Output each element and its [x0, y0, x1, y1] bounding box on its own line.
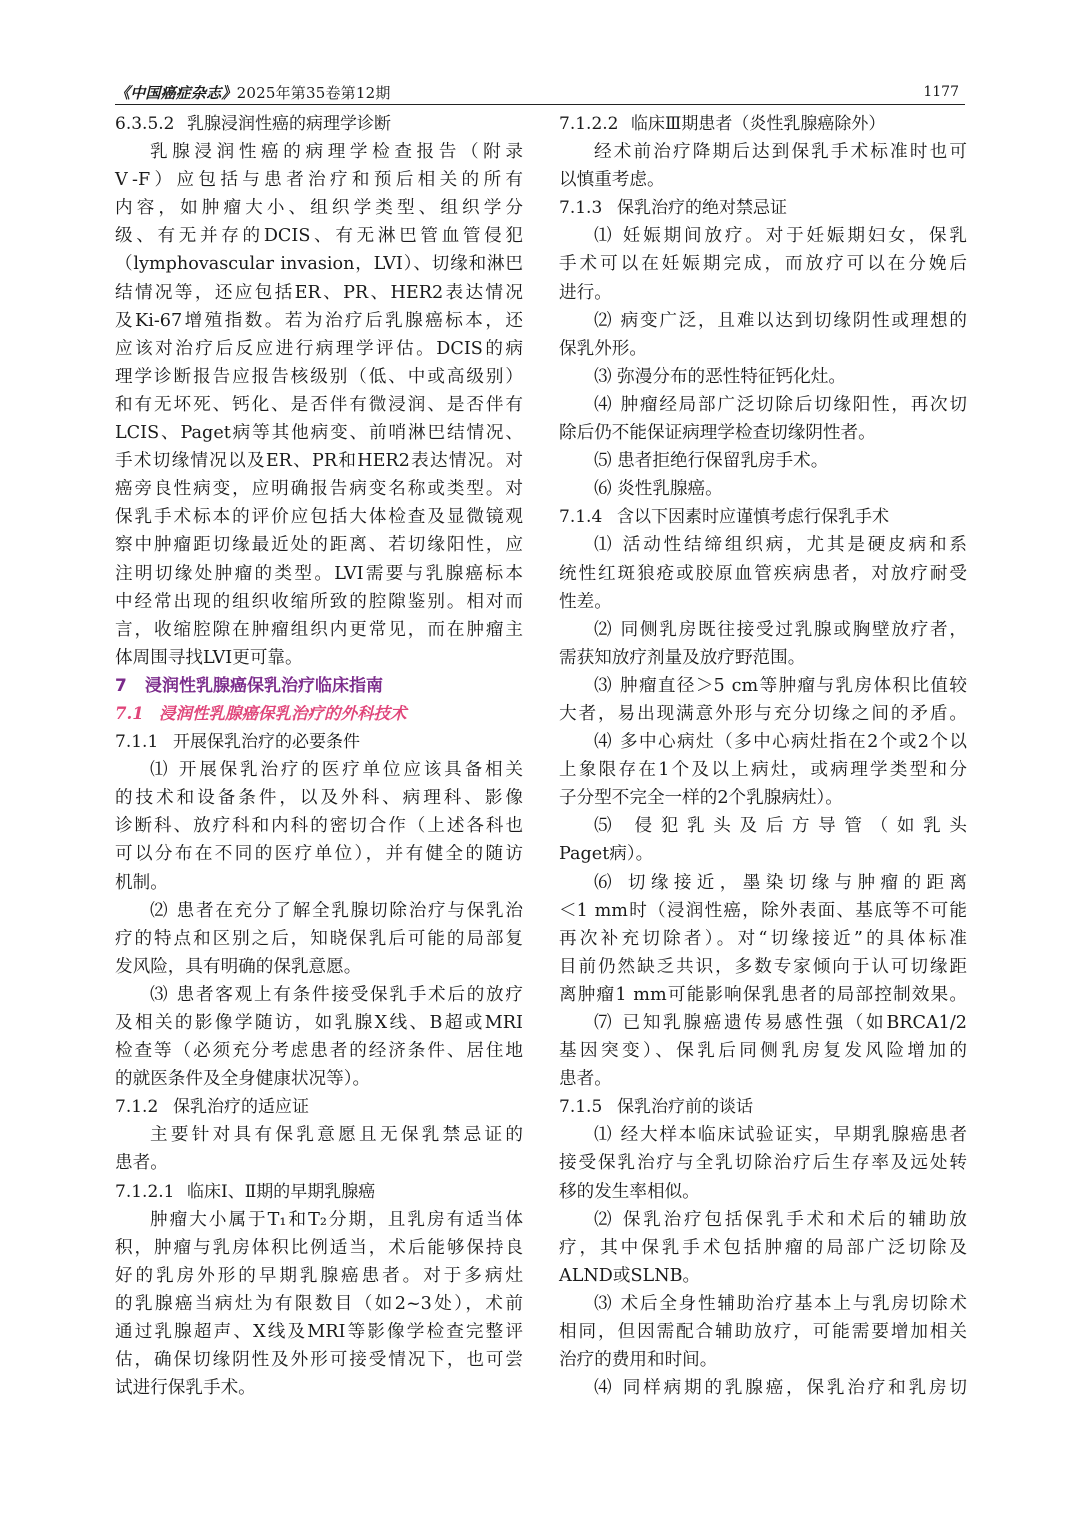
paragraph-line: ⑸ 侵犯乳头及后方导管（如乳头: [559, 812, 967, 840]
paragraph-line: 言，收缩腔隙在肿瘤组织内更常见，而在肿瘤主: [115, 616, 523, 644]
paragraph-line: ⑶ 肿瘤直径＞5 cm等肿瘤与乳房体积比值较: [559, 672, 967, 700]
paragraph-line: 治疗的费用和时间。: [559, 1346, 967, 1374]
section-heading: 6.3.5.2乳腺浸润性癌的病理学诊断: [115, 110, 523, 138]
paragraph-line: 性差。: [559, 588, 967, 616]
paragraph-line: 以慎重考虑。: [559, 166, 967, 194]
section-heading: 7.1.2.2临床Ⅲ期患者（炎性乳腺癌除外）: [559, 110, 967, 138]
paragraph-line: ⑴ 经大样本临床试验证实，早期乳腺癌患者: [559, 1121, 967, 1149]
paragraph-line: 发风险，具有明确的保乳意愿。: [115, 953, 523, 981]
paragraph-line: ⑴ 活动性结缔组织病，尤其是硬皮病和系: [559, 531, 967, 559]
paragraph-line: （lymphovascular invasion，LVI）、切缘和淋巴: [115, 250, 523, 278]
section-number: 7.1.4: [559, 503, 617, 531]
section-number: 7: [115, 672, 145, 700]
section-number: 7.1.5: [559, 1093, 617, 1121]
section-heading: 7.1.4含以下因素时应谨慎考虑行保乳手术: [559, 503, 967, 531]
paragraph-line: 主要针对具有保乳意愿且无保乳禁忌证的: [115, 1121, 523, 1149]
paragraph-line: 结情况等，还应包括ER、PR、HER2表达情况: [115, 279, 523, 307]
section-title: 保乳治疗前的谈话: [617, 1097, 753, 1117]
paragraph-line: 乳腺浸润性癌的病理学检查报告（附录: [115, 138, 523, 166]
paragraph-line: 体周围寻找LVI更可靠。: [115, 644, 523, 672]
section-heading: 7.1.2保乳治疗的适应证: [115, 1093, 523, 1121]
paragraph-line: 进行。: [559, 279, 967, 307]
paragraph-line: 积，肿瘤与乳房体积比例适当，术后能够保持良: [115, 1234, 523, 1262]
page-number: 1177: [923, 84, 959, 100]
paragraph-line: Ⅴ-F）应包括与患者治疗和预后相关的所有: [115, 166, 523, 194]
paragraph-line: Paget病）。: [559, 840, 967, 868]
paragraph-line: 子分型不完全一样的2个乳腺病灶）。: [559, 784, 967, 812]
section-title: 乳腺浸润性癌的病理学诊断: [187, 114, 391, 134]
section-number: 7.1.1: [115, 728, 173, 756]
paragraph-line: 上象限存在1个及以上病灶，或病理学类型和分: [559, 756, 967, 784]
left-column: 6.3.5.2乳腺浸润性癌的病理学诊断乳腺浸润性癌的病理学检查报告（附录Ⅴ-F）…: [115, 110, 523, 1402]
paragraph-line: ⑵ 病变广泛，且难以达到切缘阴性或理想的: [559, 307, 967, 335]
section-heading: 7.1.5保乳治疗前的谈话: [559, 1093, 967, 1121]
section-title: 浸润性乳腺癌保乳治疗的外科技术: [159, 704, 407, 723]
paragraph-line: 移的发生率相似。: [559, 1178, 967, 1206]
paragraph-line: 机制。: [115, 869, 523, 897]
paragraph-line: 经术前治疗降期后达到保乳手术标准时也可: [559, 138, 967, 166]
paragraph-line: ⑷ 同样病期的乳腺癌，保乳治疗和乳房切: [559, 1374, 967, 1402]
paragraph-line: 相同，但因需配合辅助放疗，可能需要增加相关: [559, 1318, 967, 1346]
section-title: 临床Ⅰ、Ⅱ期的早期乳腺癌: [187, 1182, 375, 1202]
section-title: 保乳治疗的绝对禁忌证: [617, 198, 787, 218]
paragraph-line: 癌旁良性病变，应明确报告病变名称或类型。对: [115, 475, 523, 503]
paragraph-line: 及相关的影像学随访，如乳腺X线、B超或MRI: [115, 1009, 523, 1037]
section-title: 含以下因素时应谨慎考虑行保乳手术: [617, 507, 889, 527]
paragraph-line: 患者。: [115, 1149, 523, 1177]
paragraph-line: 离肿瘤1 mm可能影响保乳患者的局部控制效果。: [559, 981, 967, 1009]
running-header: 《中国癌症杂志》2025年第35卷第12期 1177: [115, 82, 965, 105]
journal-name: 《中国癌症杂志》: [115, 84, 237, 102]
section-number: 7.1.2.1: [115, 1178, 187, 1206]
paragraph-line: 注明切缘处肿瘤的类型。LVI需要与乳腺癌标本: [115, 560, 523, 588]
paragraph-line: ＜1 mm时（浸润性癌，除外表面、基底等不可能: [559, 897, 967, 925]
paragraph-line: ⑶ 术后全身性辅助治疗基本上与乳房切除术: [559, 1290, 967, 1318]
paragraph-line: ⑶ 弥漫分布的恶性特征钙化灶。: [559, 363, 967, 391]
paragraph-line: 及Ki-67增殖指数。若为治疗后乳腺癌标本，还: [115, 307, 523, 335]
paragraph-line: ⑷ 肿瘤经局部广泛切除后切缘阳性，再次切: [559, 391, 967, 419]
paragraph-line: 患者。: [559, 1065, 967, 1093]
paragraph-line: 基因突变）、保乳后同侧乳房复发风险增加的: [559, 1037, 967, 1065]
paragraph-line: 估，确保切缘阴性及外形可接受情况下，也可尝: [115, 1346, 523, 1374]
section-number: 7.1.3: [559, 194, 617, 222]
paragraph-line: 通过乳腺超声、X线及MRI等影像学检查完整评: [115, 1318, 523, 1346]
paragraph-line: 除后仍不能保证病理学检查切缘阴性者。: [559, 419, 967, 447]
paragraph-line: ⑴ 开展保乳治疗的医疗单位应该具备相关: [115, 756, 523, 784]
section-title: 浸润性乳腺癌保乳治疗临床指南: [145, 676, 383, 696]
section-heading: 7.1.1开展保乳治疗的必要条件: [115, 728, 523, 756]
paragraph-line: 接受保乳治疗与全乳切除治疗后生存率及远处转: [559, 1149, 967, 1177]
paragraph-line: 统性红斑狼疮或胶原血管疾病患者，对放疗耐受: [559, 560, 967, 588]
paragraph-line: 大者，易出现满意外形与充分切缘之间的矛盾。: [559, 700, 967, 728]
paragraph-line: 再次补充切除者）。对“切缘接近”的具体标准: [559, 925, 967, 953]
paragraph-line: 的就医条件及全身健康状况等）。: [115, 1065, 523, 1093]
paragraph-line: 的技术和设备条件，以及外科、病理科、影像: [115, 784, 523, 812]
paragraph-line: ALND或SLNB。: [559, 1262, 967, 1290]
paragraph-line: 和有无坏死、钙化、是否伴有微浸润、是否伴有: [115, 391, 523, 419]
paragraph-line: 好的乳房外形的早期乳腺癌患者。对于多病灶: [115, 1262, 523, 1290]
paragraph-line: ⑷ 多中心病灶（多中心病灶指在2个或2个以: [559, 728, 967, 756]
paragraph-line: ⑵ 患者在充分了解全乳腺切除治疗与保乳治: [115, 897, 523, 925]
paragraph-line: ⑸ 患者拒绝行保留乳房手术。: [559, 447, 967, 475]
paragraph-line: 内容，如肿瘤大小、组织学类型、组织学分: [115, 194, 523, 222]
paragraph-line: 需获知放疗剂量及放疗野范围。: [559, 644, 967, 672]
paragraph-line: 手术切缘情况以及ER、PR和HER2表达情况。对: [115, 447, 523, 475]
paragraph-line: 级、有无并存的DCIS、有无淋巴管血管侵犯: [115, 222, 523, 250]
paragraph-line: ⑹ 炎性乳腺癌。: [559, 475, 967, 503]
paragraph-line: 保乳外形。: [559, 335, 967, 363]
paragraph-line: 理学诊断报告应报告核级别（低、中或高级别）: [115, 363, 523, 391]
paragraph-line: 手术可以在妊娠期完成，而放疗可以在分娩后: [559, 250, 967, 278]
section-number: 7.1.2: [115, 1093, 173, 1121]
paragraph-line: 疗的特点和区别之后，知晓保乳后可能的局部复: [115, 925, 523, 953]
section-number: 7.1.2.2: [559, 110, 631, 138]
paragraph-line: 试进行保乳手术。: [115, 1374, 523, 1402]
paragraph-line: 可以分布在不同的医疗单位），并有健全的随访: [115, 840, 523, 868]
section-heading: 7.1.3保乳治疗的绝对禁忌证: [559, 194, 967, 222]
paragraph-line: ⑴ 妊娠期间放疗。对于妊娠期妇女，保乳: [559, 222, 967, 250]
paragraph-line: 目前仍然缺乏共识，多数专家倾向于认可切缘距: [559, 953, 967, 981]
section-title: 临床Ⅲ期患者（炎性乳腺癌除外）: [631, 114, 885, 134]
paragraph-line: 的乳腺癌当病灶为有限数目（如2~3处），术前: [115, 1290, 523, 1318]
paragraph-line: 肿瘤大小属于T₁和T₂分期，且乳房有适当体: [115, 1206, 523, 1234]
section-number: 6.3.5.2: [115, 110, 187, 138]
paragraph-line: LCIS、Paget病等其他病变、前哨淋巴结情况、: [115, 419, 523, 447]
paragraph-line: ⑵ 保乳治疗包括保乳手术和术后的辅助放: [559, 1206, 967, 1234]
paragraph-line: ⑵ 同侧乳房既往接受过乳腺或胸壁放疗者，: [559, 616, 967, 644]
chapter-heading: 7浸润性乳腺癌保乳治疗临床指南: [115, 672, 523, 700]
paragraph-line: ⑹ 切缘接近，墨染切缘与肿瘤的距离: [559, 869, 967, 897]
paragraph-line: 诊断科、放疗科和内科的密切合作（上述各科也: [115, 812, 523, 840]
paragraph-line: 检查等（必须充分考虑患者的经济条件、居住地: [115, 1037, 523, 1065]
journal-issue: 2025年第35卷第12期: [237, 84, 391, 102]
paragraph-line: 中经常出现的组织收缩所致的腔隙鉴别。相对而: [115, 588, 523, 616]
subchapter-heading: 7.1浸润性乳腺癌保乳治疗的外科技术: [115, 700, 523, 728]
section-number: 7.1: [115, 700, 159, 728]
paragraph-line: 保乳手术标本的评价应包括大体检查及显微镜观: [115, 503, 523, 531]
journal-citation: 《中国癌症杂志》2025年第35卷第12期: [115, 82, 391, 103]
paragraph-line: 察中肿瘤距切缘最近处的距离、若切缘阳性，应: [115, 531, 523, 559]
paragraph-line: ⑺ 已知乳腺癌遗传易感性强（如BRCA1/2: [559, 1009, 967, 1037]
section-title: 保乳治疗的适应证: [173, 1097, 309, 1117]
paragraph-line: ⑶ 患者客观上有条件接受保乳手术后的放疗: [115, 981, 523, 1009]
right-column: 7.1.2.2临床Ⅲ期患者（炎性乳腺癌除外）经术前治疗降期后达到保乳手术标准时也…: [559, 110, 967, 1402]
section-heading: 7.1.2.1临床Ⅰ、Ⅱ期的早期乳腺癌: [115, 1178, 523, 1206]
paragraph-line: 疗，其中保乳手术包括肿瘤的局部广泛切除及: [559, 1234, 967, 1262]
paragraph-line: 应该对治疗后反应进行病理学评估。DCIS的病: [115, 335, 523, 363]
section-title: 开展保乳治疗的必要条件: [173, 732, 360, 752]
